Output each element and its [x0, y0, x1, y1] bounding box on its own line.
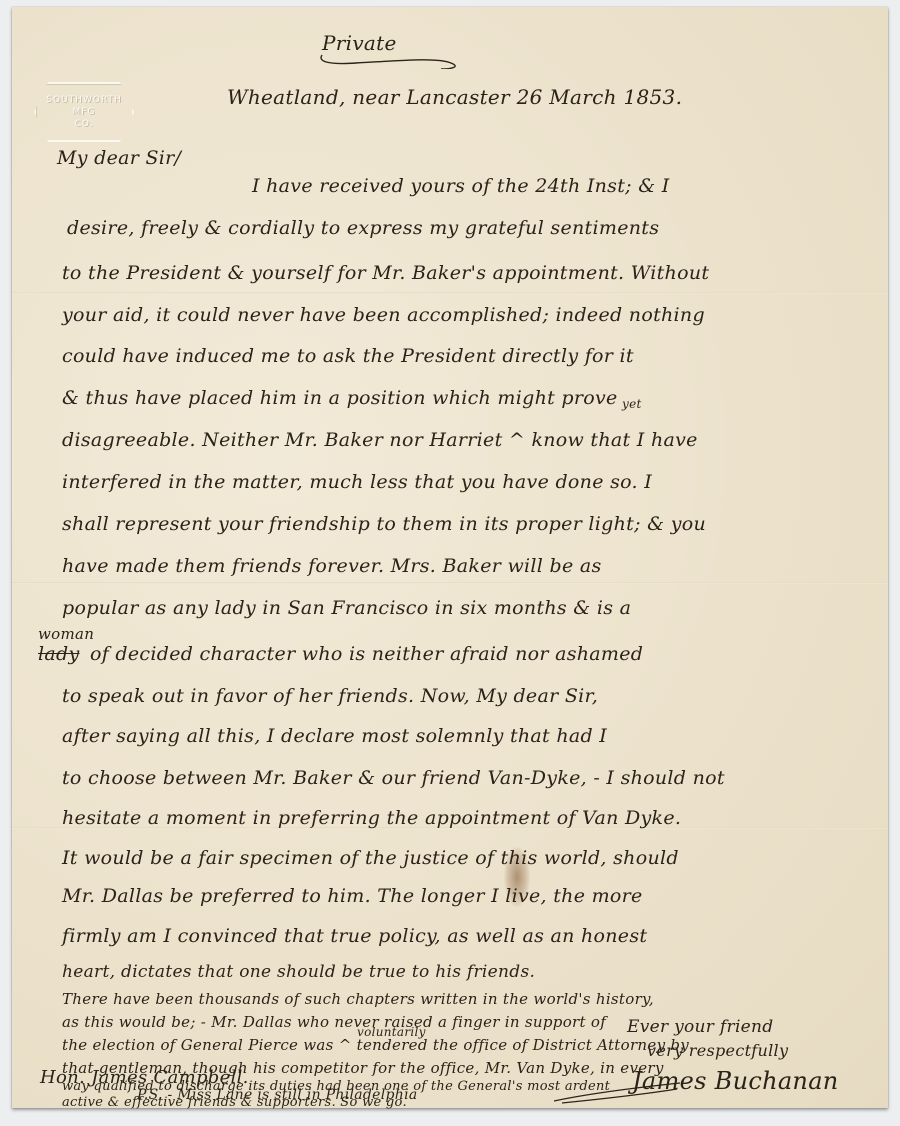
- body-line: as this would be; - Mr. Dallas who never…: [62, 1013, 606, 1031]
- body-line: after saying all this, I declare most so…: [62, 725, 607, 747]
- body-line: your aid, it could never have been accom…: [62, 304, 705, 326]
- struck-word: lady: [38, 643, 80, 665]
- body-line: hesitate a moment in preferring the appo…: [62, 807, 681, 829]
- body-line: have made them friends forever. Mrs. Bak…: [62, 555, 602, 577]
- body-line: to speak out in favor of her friends. No…: [62, 685, 598, 707]
- dateline: Wheatland, near Lancaster 26 March 1853.: [227, 85, 682, 109]
- emboss-line: MFG: [73, 106, 96, 118]
- body-line: It would be a fair specimen of the justi…: [62, 847, 679, 869]
- body-line: I have received yours of the 24th Inst; …: [252, 175, 670, 197]
- body-line: to the President & yourself for Mr. Bake…: [62, 262, 709, 284]
- salutation: My dear Sir/: [57, 147, 181, 169]
- body-line: heart, dictates that one should be true …: [62, 962, 535, 982]
- body-line: Mr. Dallas be preferred to him. The long…: [62, 885, 643, 907]
- body-line: & thus have placed him in a position whi…: [62, 387, 618, 409]
- body-line: disagreeable. Neither Mr. Baker nor Harr…: [62, 429, 698, 451]
- body-line: to choose between Mr. Baker & our friend…: [62, 767, 725, 789]
- letter-page: SOUTHWORTH MFG CO. Private Wheatland, ne…: [12, 7, 888, 1108]
- body-line: firmly am I convinced that true policy, …: [62, 925, 647, 947]
- inserted-word: woman: [38, 625, 94, 643]
- body-line: shall represent your friendship to them …: [62, 513, 706, 535]
- inserted-word: yet: [622, 397, 642, 411]
- fold-crease: [12, 582, 888, 584]
- fold-crease: [12, 292, 888, 294]
- emboss-line: CO.: [75, 118, 94, 130]
- body-line: desire, freely & cordially to express my…: [67, 217, 659, 239]
- body-line: interfered in the matter, much less that…: [62, 471, 652, 493]
- body-line: popular as any lady in San Francisco in …: [62, 597, 631, 619]
- emboss-line: SOUTHWORTH: [46, 94, 122, 106]
- body-line: the election of General Pierce was ^ ten…: [62, 1036, 689, 1054]
- underline-flourish: [316, 39, 466, 69]
- closing-line: very respectfully: [647, 1041, 788, 1060]
- addressee: Hon. James Campbell.: [40, 1067, 249, 1088]
- body-line: could have induced me to ask the Preside…: [62, 345, 634, 367]
- signature: James Buchanan: [632, 1067, 839, 1095]
- body-line: of decided character who is neither afra…: [90, 643, 643, 665]
- closing-line: Ever your friend: [627, 1017, 773, 1037]
- emboss-stamp: SOUTHWORTH MFG CO.: [34, 82, 134, 142]
- body-line: There have been thousands of such chapte…: [62, 990, 654, 1008]
- postscript: P.S. - Miss Lane is still in Philadelphi…: [137, 1087, 418, 1103]
